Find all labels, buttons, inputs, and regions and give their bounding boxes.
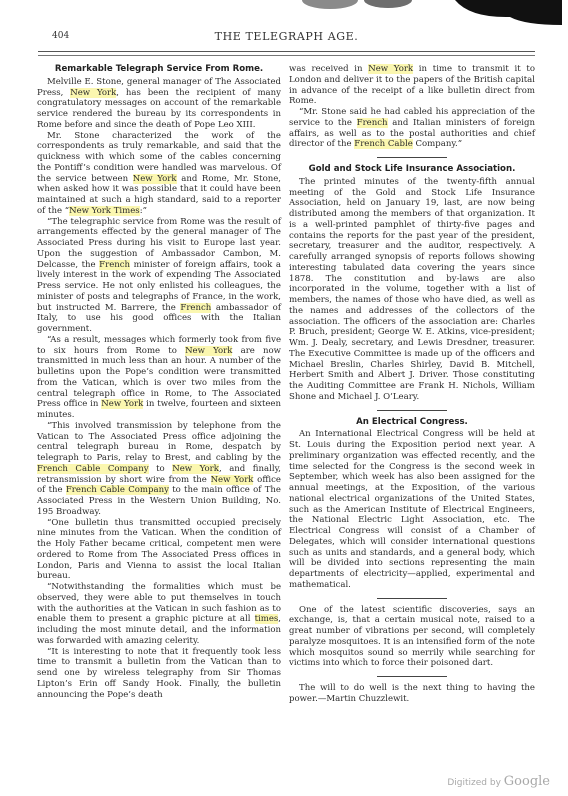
text-run: “This involved transmission by telephone… bbox=[37, 421, 281, 463]
article-title-gold-stock: Gold and Stock Life Insurance Associatio… bbox=[289, 164, 535, 175]
paragraph-mosquito: One of the latest scientific discoveries… bbox=[289, 605, 535, 670]
article-title-congress: An Electrical Congress. bbox=[289, 417, 535, 428]
text-run: “Notwithstanding the formalities which m… bbox=[37, 582, 281, 624]
text-run: :” bbox=[140, 206, 147, 216]
paragraph: Mr. Stone characterized the work of the … bbox=[37, 131, 281, 217]
text-run: to bbox=[149, 464, 173, 474]
paragraph: Melville E. Stone, general manager of Th… bbox=[37, 77, 281, 131]
search-highlight: New York bbox=[185, 346, 232, 356]
paragraph: “As a result, messages which formerly to… bbox=[37, 335, 281, 421]
watermark-prefix: Digitized by bbox=[447, 778, 501, 788]
google-watermark: Digitized by Google bbox=[447, 774, 550, 789]
paragraph: An International Electrical Congress wil… bbox=[289, 429, 535, 590]
paragraph-continued: was received in New York in time to tran… bbox=[289, 64, 535, 107]
search-highlight: New York bbox=[211, 475, 254, 485]
page-header: 404 THE TELEGRAPH AGE. bbox=[38, 31, 535, 45]
paragraph: “One bulletin thus transmitted occupied … bbox=[37, 518, 281, 583]
article-title-rome: Remarkable Telegraph Service From Rome. bbox=[37, 64, 281, 75]
right-column: was received in New York in time to tran… bbox=[289, 64, 535, 705]
left-column: Remarkable Telegraph Service From Rome. … bbox=[37, 64, 281, 700]
search-highlight: times bbox=[255, 614, 279, 624]
search-highlight: French bbox=[180, 303, 211, 313]
search-highlight: New York bbox=[172, 464, 219, 474]
text-run: Company.” bbox=[413, 139, 462, 149]
paragraph: “This involved transmission by telephone… bbox=[37, 421, 281, 518]
search-highlight: New York bbox=[133, 174, 177, 184]
search-highlight: French bbox=[99, 260, 130, 270]
paragraph: “The telegraphic service from Rome was t… bbox=[37, 217, 281, 335]
paragraph: The printed minutes of the twenty-fifth … bbox=[289, 177, 535, 403]
search-highlight: French Cable Company bbox=[37, 464, 149, 474]
search-highlight: New York bbox=[101, 399, 143, 409]
section-divider bbox=[377, 676, 447, 677]
section-divider bbox=[377, 410, 447, 411]
running-head: THE TELEGRAPH AGE. bbox=[38, 30, 535, 43]
paragraph-quote: The will to do well is the next thing to… bbox=[289, 683, 535, 705]
scan-artifact-blobs bbox=[0, 0, 568, 30]
paragraph: “Notwithstanding the formalities which m… bbox=[37, 582, 281, 647]
section-divider bbox=[377, 598, 447, 599]
header-double-rule bbox=[38, 51, 535, 56]
search-highlight: New York Times bbox=[69, 206, 140, 216]
text-run: was received in bbox=[289, 64, 368, 74]
search-highlight: French Cable bbox=[354, 139, 413, 149]
search-highlight: New York bbox=[70, 88, 116, 98]
paragraph: “It is interesting to note that it frequ… bbox=[37, 647, 281, 701]
search-highlight: New York bbox=[368, 64, 413, 74]
google-logo-text: Google bbox=[504, 774, 550, 789]
section-divider bbox=[377, 157, 447, 158]
paragraph: “Mr. Stone said he had cabled his apprec… bbox=[289, 107, 535, 150]
search-highlight: French Cable Company bbox=[66, 485, 169, 495]
search-highlight: French bbox=[357, 118, 388, 128]
